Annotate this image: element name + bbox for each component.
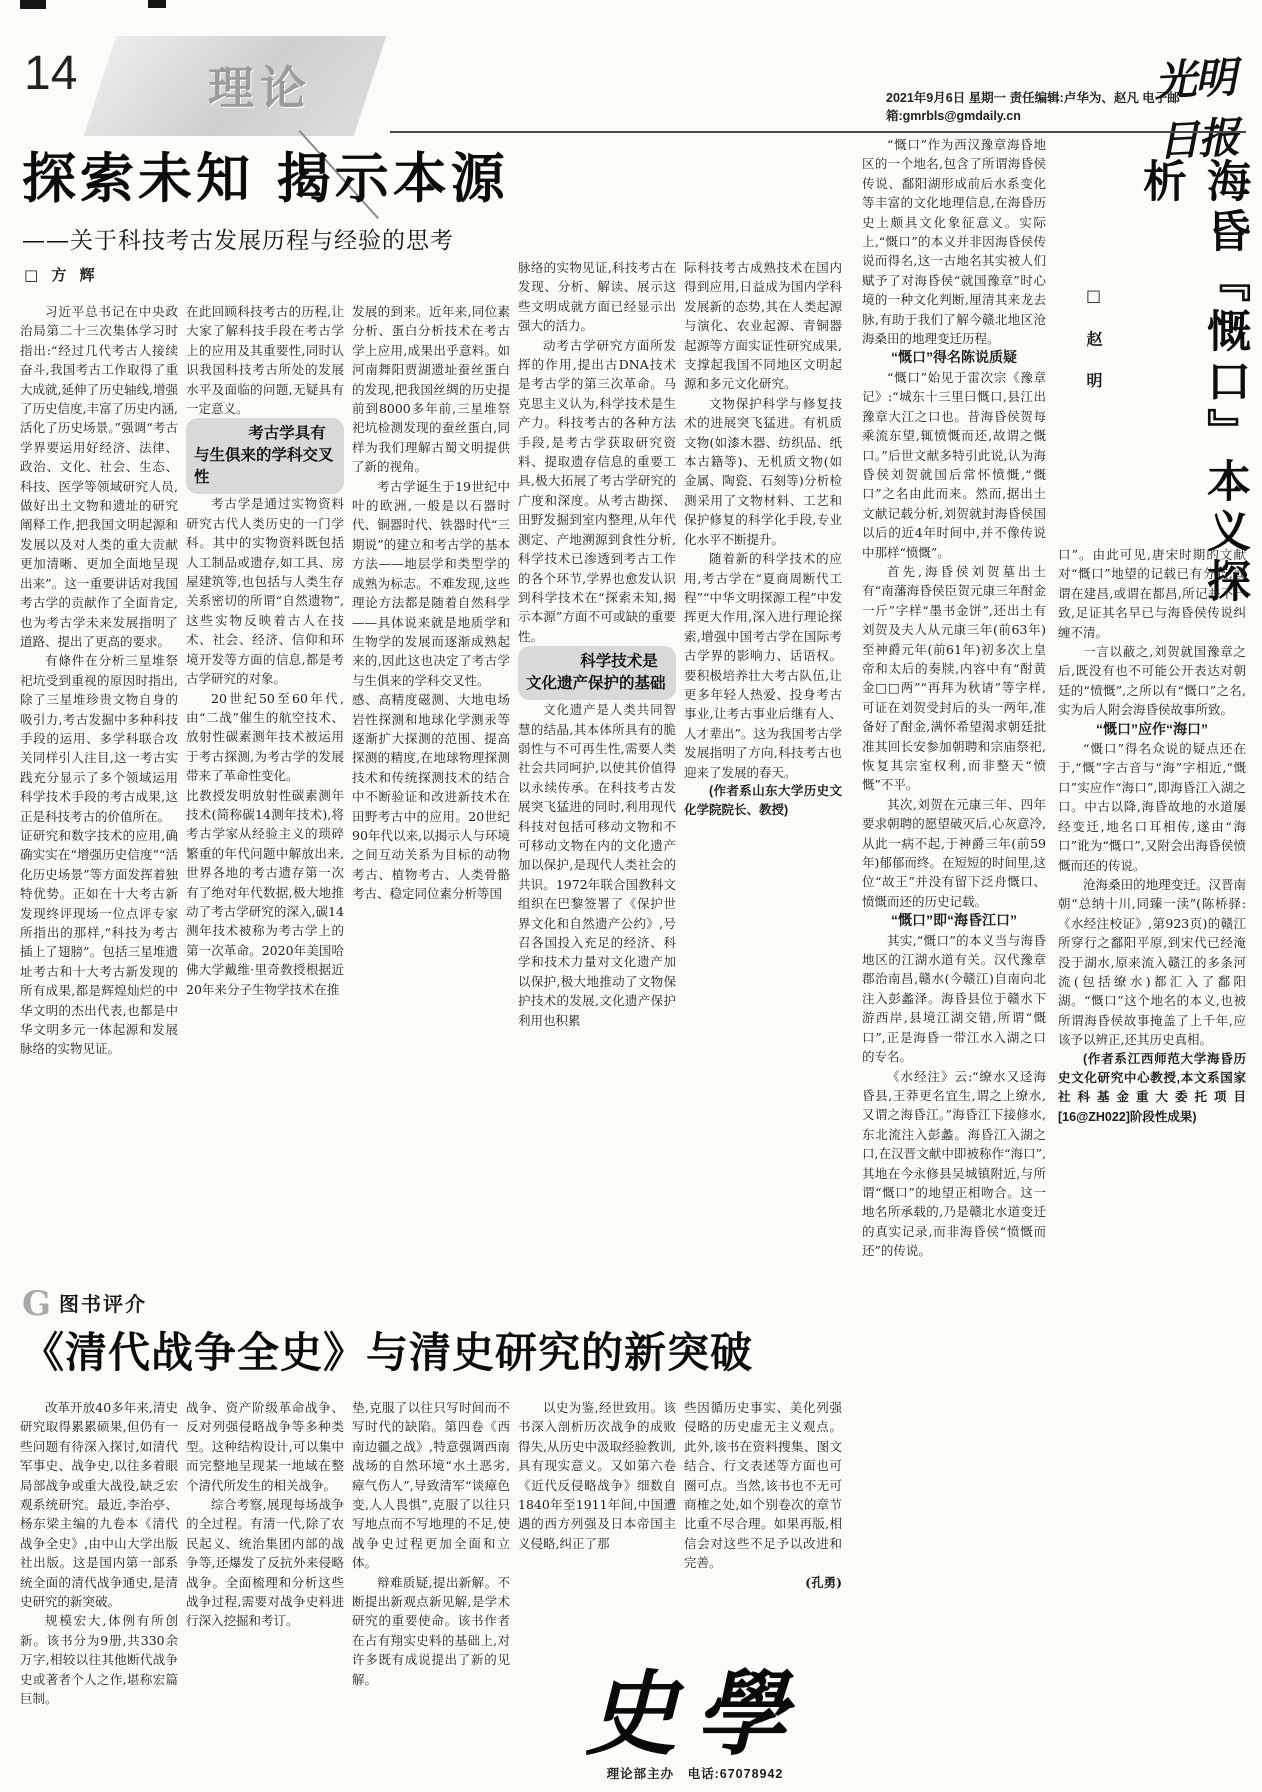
body-paragraph: 其实,“慨口”的本义当与海昏地区的江湖水道有关。汉代豫章郡治南昌,赣水(今赣江)…	[862, 931, 1046, 1067]
body-paragraph: 感、高精度磁测、大地电场岩性探测和地球化学测汞等逐渐扩大探测的范围、提高探测的精…	[352, 690, 510, 903]
main-article-subtitle: ——关于科技考古发展历程与经验的思考	[22, 222, 454, 255]
body-paragraph: 综合考察,展现每场战争的全过程。有清一代,除了农民起义、统治集团内部的战争等,还…	[186, 1495, 344, 1631]
main-article-column-2: 在此回顾科技考古的历程,让大家了解科技手段在考古学上的应用及其重要性,同时认识我…	[186, 302, 344, 1268]
body-paragraph: 沧海桑田的地理变迁。汉晋南朝“总纳十川,同臻一渎”(陈桥驿:《水经注校证》,第9…	[1058, 875, 1246, 1050]
right-article-column-1: “慨口”作为西汉豫章海昏地区的一个地名,包含了所谓海昏侯传说、鄱阳湖形成前后水系…	[862, 135, 1046, 1768]
page-number: 14	[24, 46, 77, 101]
body-paragraph: “慨口”始见于雷次宗《豫章记》:“城东十三里曰慨口,县江出豫章大江之口也。昔海昏…	[862, 368, 1046, 562]
body-paragraph: 首先,海昏侯刘贺墓出土有“南藩海昏侯臣贺元康三年酎金一斤”字样“墨书金饼”,还出…	[862, 562, 1046, 795]
masthead-logotype: 光明日报	[1153, 43, 1262, 168]
book-review-column-1: 改革开放40多年来,清史研究取得累累硕果,但仍有一些问题有待深入探讨,如清代军事…	[20, 1398, 178, 1782]
body-paragraph: “慨口”作为西汉豫章海昏地区的一个地名,包含了所谓海昏侯传说、鄱阳湖形成前后水系…	[862, 135, 1046, 348]
body-paragraph: 战争、资产阶级革命战争、反对列强侵略战争等多种类型。这种结构设计,可以集中而完整…	[186, 1398, 344, 1495]
body-paragraph: 规模宏大,体例有所创新。该书分为9册,共330余万字,相较以往其他断代战争史或著…	[20, 1611, 178, 1708]
body-paragraph: 以史为鉴,经世致用。该书深入剖析历次战争的成败得失,从历史中汲取经验教训,具有现…	[518, 1398, 676, 1553]
main-article-column-5: 际科技考古成熟技术在国内得到应用,日益成为国内学科发展新的态势,其在人类起源与演…	[684, 258, 842, 1268]
book-review-badge-label: 图书评介	[59, 1294, 147, 1316]
body-paragraph: 动考古学研究方面所发挥的作用,提出古DNA技术是考古学的第三次革命。马克思主义认…	[518, 336, 676, 647]
body-paragraph: 一言以蔽之,刘贺就国豫章之后,既没有也不可能公开表达对朝廷的“愤慨”,之所以有“…	[1058, 642, 1246, 720]
department-signature-box: 史學 理论部主办 电话:67078942	[540, 1668, 850, 1782]
body-paragraph: 《水经注》云:“缭水又迳海昏县,王莽更名宜生,谓之上缭水,又谓之海昏江。”海昏江…	[862, 1067, 1046, 1261]
book-review-badge: G图书评介	[22, 1284, 147, 1324]
right-article-column-2: 口”。由此可见,唐宋时期的文献对“慨口”地望的记载已有分歧,或谓在建昌,或谓在都…	[1058, 545, 1246, 1768]
body-paragraph: “慨口”得名众说的疑点还在于,“慨”字古音与“海”字相近,“慨口”实应作“海口”…	[1058, 739, 1246, 875]
author-attribution: (作者系江西师范大学海昏历史文化研究中心教授,本文系国家社科基金重大委托项目[1…	[1058, 1050, 1246, 1128]
body-paragraph: 脉络的实物见证,科技考古在发现、分析、解读、展示这些文明成就方面已经显示出强大的…	[518, 258, 676, 336]
body-paragraph: (孔勇)	[684, 1573, 842, 1592]
body-paragraph: 20世纪50至60年代,由“二战”催生的航空技术、放射性碳素测年技术被运用于考古…	[186, 689, 344, 786]
body-paragraph: 有條件在分析三星堆祭祀坑受到重视的原因时指出,除了三星堆珍贵文物自身的吸引力,考…	[20, 651, 178, 826]
section-subhead: 科学技术是文化遗产保护的基础	[518, 646, 676, 700]
body-paragraph: 其次,刘贺在元康三年、四年要求朝聘的愿望破灭后,心灰意冷,从此一病不起,于神爵三…	[862, 795, 1046, 911]
body-paragraph: 辩难质疑,提出新解。不断提出新观点新见解,是学术研究的重要使命。该书作者在占有翔…	[352, 1573, 510, 1689]
body-paragraph: 证研究和数字技术的应用,确确实实在“增强历史信度”“活化历史场景”等方面发挥着独…	[20, 826, 178, 1059]
body-paragraph: 随着新的科学技术的应用,考古学在“夏商周断代工程”“中华文明探源工程”中发挥更大…	[684, 549, 842, 782]
body-paragraph: 在此回顾科技考古的历程,让大家了解科技手段在考古学上的应用及其重要性,同时认识我…	[186, 302, 344, 418]
body-paragraph: 垫,克服了以往只写时间而不写时代的缺陷。第四卷《西南边疆之战》,特意强调西南战场…	[352, 1398, 510, 1573]
body-paragraph: 考古学是通过实物资料研究古代人类历史的一门学科。其中的实物资料既包括人工制品或遗…	[186, 494, 344, 688]
body-paragraph: 习近平总书记在中央政治局第二十三次集体学习时指出:“经过几代考古人接续奋斗,我国…	[20, 302, 178, 651]
shixue-calligraphy: 史學	[540, 1668, 850, 1760]
book-review-column-3: 垫,克服了以往只写时间而不写时代的缺陷。第四卷《西南边疆之战》,特意强调西南战场…	[352, 1398, 510, 1782]
main-article-headline: 探索未知 揭示本源	[22, 136, 509, 213]
newspaper-page: 14 理论 2021年9月6日 星期一 责任编辑:卢华为、赵凡 电子邮箱:gmr…	[0, 0, 1262, 1792]
main-article-column-1: 习近平总书记在中央政治局第二十三次集体学习时指出:“经过几代考古人接续奋斗,我国…	[20, 302, 178, 1268]
section-subhead: “慨口”即“海昏江口”	[862, 911, 1046, 930]
body-paragraph: 考古学诞生于19世纪中叶的欧洲,一般是以石器时代、铜器时代、铁器时代“三期说”的…	[352, 477, 510, 690]
print-registration-mark	[148, 0, 166, 8]
body-paragraph: 改革开放40多年来,清史研究取得累累硕果,但仍有一些问题有待深入探讨,如清代军事…	[20, 1398, 178, 1611]
author-attribution: (作者系山东大学历史文化学院院长、教授)	[684, 782, 842, 821]
book-review-column-2: 战争、资产阶级革命战争、反对列强侵略战争等多种类型。这种结构设计,可以集中而完整…	[186, 1398, 344, 1782]
body-paragraph: 文化遗产是人类共同智慧的结晶,其本体所具有的脆弱性与不可再生性,需要人类社会共同…	[518, 700, 676, 1030]
section-title: 理论	[208, 52, 312, 118]
body-paragraph: 发展的到来。近年来,同位素分析、蛋白分析技术在考古学上应用,成果出乎意料。如河南…	[352, 302, 510, 477]
right-article-byline: □ 赵 明	[1082, 286, 1105, 446]
section-subhead: 考古学具有与生俱来的学科交叉性	[186, 418, 344, 494]
main-article-column-4: 脉络的实物见证,科技考古在发现、分析、解读、展示这些文明成就方面已经显示出强大的…	[518, 258, 676, 1268]
book-review-column-4: 以史为鉴,经世致用。该书深入剖析历次战争的成败得失,从历史中汲取经验教训,具有现…	[518, 1398, 676, 1670]
header-rule	[390, 131, 1246, 133]
section-subhead: “慨口”得名陈说质疑	[862, 348, 1046, 367]
book-review-logo-icon: G	[22, 1284, 53, 1324]
main-article-column-3: 发展的到来。近年来,同位素分析、蛋白分析技术在考古学上应用,成果出乎意料。如河南…	[352, 302, 510, 1268]
body-paragraph: 口”。由此可见,唐宋时期的文献对“慨口”地望的记载已有分歧,或谓在建昌,或谓在都…	[1058, 545, 1246, 642]
body-paragraph: 些因循历史事实、美化列强侵略的历史虚无主义观点。此外,该书在资料搜集、图文结合、…	[684, 1398, 842, 1573]
section-subhead: “慨口”应作“海口”	[1058, 720, 1246, 739]
body-paragraph: 际科技考古成熟技术在国内得到应用,日益成为国内学科发展新的态势,其在人类起源与演…	[684, 258, 842, 394]
body-paragraph: 文物保护科学与修复技术的进展突飞猛进。有机质文物(如漆木器、纺织品、纸本古籍等)…	[684, 394, 842, 549]
print-registration-mark	[20, 0, 46, 9]
main-article-byline: □ 方 辉	[24, 264, 99, 285]
book-review-headline: 《清代战争全史》与清史研究的新突破	[22, 1320, 753, 1380]
body-paragraph: 比教授发明放射性碳素测年技术(简称碳14测年技术),将考古学家从经验主义的琐碎繁…	[186, 786, 344, 999]
book-review-column-5: 些因循历史事实、美化列强侵略的历史虚无主义观点。此外,该书在资料搜集、图文结合、…	[684, 1398, 842, 1670]
